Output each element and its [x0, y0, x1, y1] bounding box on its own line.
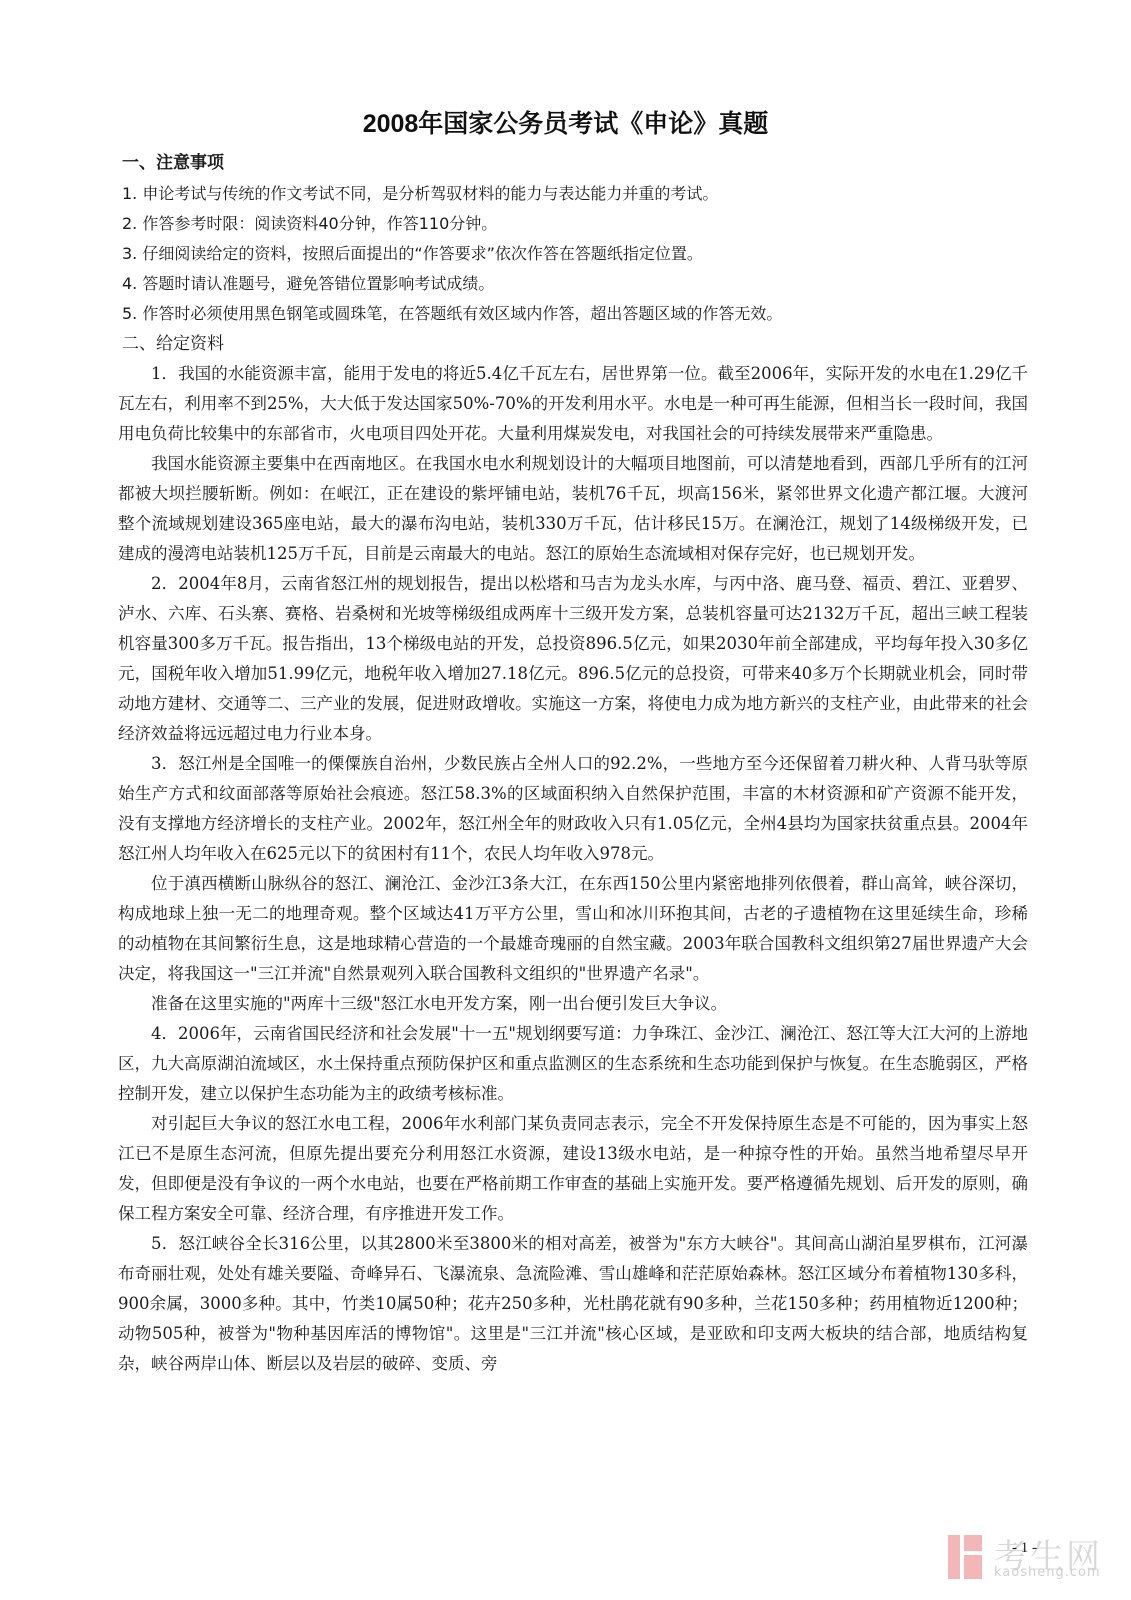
- notice-item: 2. 作答参考时限：阅读资料40分钟，作答110分钟。: [118, 209, 1028, 239]
- material-paragraph: 3．怒江州是全国唯一的傈僳族自治州，少数民族占全州人口的92.2%，一些地方至今…: [118, 749, 1028, 869]
- page-number: - 1 -: [1012, 1540, 1037, 1557]
- section-heading-notice: 一、注意事项: [118, 148, 1028, 178]
- notice-item: 1. 申论考试与传统的作文考试不同，是分析驾驭材料的能力与表达能力并重的考试。: [118, 179, 1028, 209]
- notice-item: 3. 仔细阅读给定的资料，按照后面提出的“作答要求”依次作答在答题纸指定位置。: [118, 239, 1028, 269]
- document-body: 一、注意事项 1. 申论考试与传统的作文考试不同，是分析驾驭材料的能力与表达能力…: [118, 148, 1028, 1379]
- notice-item: 4. 答题时请认准题号，避免答错位置影响考试成绩。: [118, 269, 1028, 299]
- material-paragraph: 2．2004年8月，云南省怒江州的规划报告，提出以松塔和马吉为龙头水库，与丙中洛…: [118, 569, 1028, 749]
- material-paragraph: 对引起巨大争议的怒江水电工程，2006年水利部门某负责同志表示，完全不开发保持原…: [118, 1109, 1028, 1229]
- material-paragraph: 5．怒江峡谷全长316公里，以其2800米至3800米的相对高差，被誉为"东方大…: [118, 1229, 1028, 1379]
- kaosheng-logo-icon: [948, 1535, 982, 1579]
- material-paragraph: 准备在这里实施的"两库十三级"怒江水电开发方案，刚一出台便引发巨大争议。: [118, 989, 1028, 1019]
- material-paragraph: 位于滇西横断山脉纵谷的怒江、澜沧江、金沙江3条大江，在东西150公里内紧密地排列…: [118, 869, 1028, 989]
- section-heading-materials: 二、给定资料: [118, 329, 1028, 359]
- document-title: 2008年国家公务员考试《申论》真题: [0, 104, 1131, 140]
- material-paragraph: 4．2006年，云南省国民经济和社会发展"十一五"规划纲要写道：力争珠江、金沙江…: [118, 1019, 1028, 1109]
- material-paragraph: 我国水能资源主要集中在西南地区。在我国水电水利规划设计的大幅项目地图前，可以清楚…: [118, 449, 1028, 569]
- watermark-url: kaosheng.com: [994, 1565, 1101, 1580]
- material-paragraph: 1．我国的水能资源丰富，能用于发电的将近5.4亿千瓦左右，居世界第一位。截至20…: [118, 359, 1028, 449]
- document-page: 2008年国家公务员考试《申论》真题 一、注意事项 1. 申论考试与传统的作文考…: [0, 0, 1131, 1600]
- watermark: 考生网 kaosheng.com: [948, 1533, 1128, 1581]
- notice-item: 5. 作答时必须使用黑色钢笔或圆珠笔，在答题纸有效区域内作答，超出答题区域的作答…: [118, 299, 1028, 329]
